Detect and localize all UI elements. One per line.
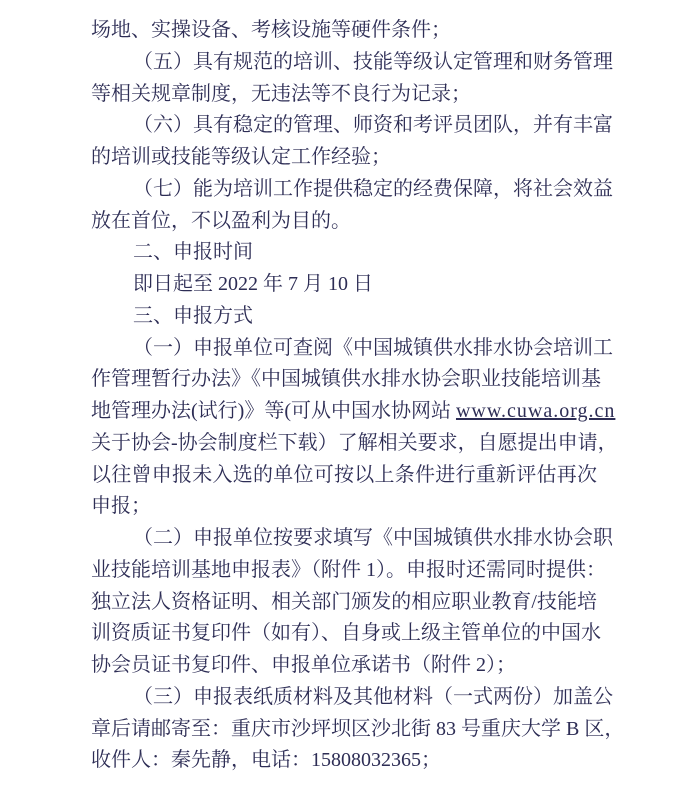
document-line-item-6: （六）具有稳定的管理、师资和考评员团队，并有丰富 [91, 110, 597, 142]
document-line: 训资质证书复印件（如有）、自身或上级主管单位的中国水 [91, 618, 597, 650]
link-prefix-text: 地管理办法(试行)》等(可从中国水协网站 [91, 400, 456, 422]
document-line: 协会员证书复印件、申报单位承诺书（附件 2）； [91, 650, 597, 682]
cuwa-website-link[interactable]: www.cuwa.org.cn [456, 400, 615, 422]
document-line: 作管理暂行办法》《中国城镇供水排水协会职业技能培训基 [91, 364, 597, 396]
document-line: 业技能培训基地申报表》（附件 1）。申报时还需同时提供： [91, 555, 597, 587]
section-heading-application-time: 二、申报时间 [91, 237, 597, 269]
document-body: 场地、实操设备、考核设施等硬件条件； （五）具有规范的培训、技能等级认定管理和财… [91, 15, 597, 777]
mailing-address-line: 章后请邮寄至：重庆市沙坪坝区沙北街 83 号重庆大学 B 区， [91, 714, 597, 746]
application-deadline: 即日起至 2022 年 7 月 10 日 [91, 269, 597, 301]
document-line-item-1: （一）申报单位可查阅《中国城镇供水排水协会培训工 [91, 333, 597, 365]
contact-line: 收件人：秦先静，电话：15808032365； [91, 745, 597, 777]
document-line: 申报； [91, 491, 597, 523]
document-line: 放在首位，不以盈利为目的。 [91, 206, 597, 238]
document-line-item-2: （二）申报单位按要求填写《中国城镇供水排水协会职 [91, 523, 597, 555]
document-line: 等相关规章制度，无违法等不良行为记录； [91, 79, 597, 111]
document-page: { "page": { "background_color": "#ffffff… [0, 0, 681, 812]
document-line-item-7: （七）能为培训工作提供稳定的经费保障，将社会效益 [91, 174, 597, 206]
document-line-item-3: （三）申报表纸质材料及其他材料（一式两份）加盖公 [91, 682, 597, 714]
document-line: 场地、实操设备、考核设施等硬件条件； [91, 15, 597, 47]
document-line: 以往曾申报未入选的单位可按以上条件进行重新评估再次 [91, 460, 597, 492]
section-heading-application-method: 三、申报方式 [91, 301, 597, 333]
document-line: 的培训或技能等级认定工作经验； [91, 142, 597, 174]
document-line-with-link: 地管理办法(试行)》等(可从中国水协网站 www.cuwa.org.cn [91, 396, 597, 428]
document-line: 独立法人资格证明、相关部门颁发的相应职业教育/技能培 [91, 587, 597, 619]
document-line: 关于协会-协会制度栏下载）了解相关要求，自愿提出申请， [91, 428, 597, 460]
document-line-item-5: （五）具有规范的培训、技能等级认定管理和财务管理 [91, 47, 597, 79]
